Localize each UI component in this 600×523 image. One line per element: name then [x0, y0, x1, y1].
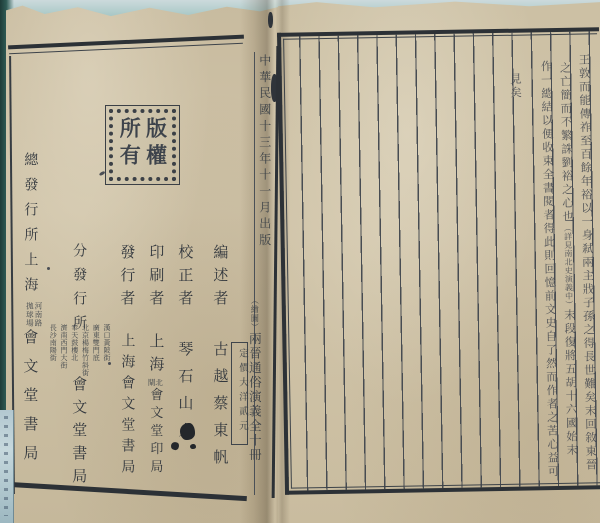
title-prefix: （繪圖）: [250, 296, 259, 332]
printer-name: 會文堂印局: [148, 388, 163, 478]
colophon-publisher: 發行者上海會文堂書局: [117, 244, 135, 504]
spine-label-text-marks: [4, 416, 8, 516]
colophon-printer: 印刷者上海閘北會文堂印局: [146, 244, 164, 504]
paper-speck: [108, 362, 111, 365]
colophon-compiler: 編述者古越蔡東帆: [210, 244, 228, 504]
title-main: 兩晉通俗演義: [247, 332, 261, 419]
gutter-ink-mark: [268, 12, 273, 28]
printer-place: 上海: [147, 333, 163, 379]
ink-blot: [180, 423, 195, 440]
colophon-proofreader: 校正者琴石山人: [175, 244, 193, 504]
title-edition: 全十冊: [247, 419, 261, 463]
compiler-name: 古越蔡東帆: [211, 341, 227, 476]
paper-speck: [47, 267, 50, 270]
general-office-column: 總發行所上海河南路拋球場會文堂書局: [20, 152, 42, 492]
printer-place-note: 閘北: [146, 379, 164, 388]
branch-address: 長沙南陽街: [49, 324, 58, 410]
branch-offices-name: 會文堂書局: [69, 376, 86, 506]
branch-address: 廣東雙門底: [92, 324, 101, 410]
general-office-address: 河南路拋球場: [25, 302, 42, 329]
publisher-name: 上海會文堂書局: [119, 333, 134, 480]
publisher-role: 發行者: [118, 244, 134, 313]
handwritten-note: （詳見南北史演義中）: [563, 224, 573, 309]
general-office-place: 上海: [22, 252, 37, 302]
stamp-text: 版權所有: [116, 117, 169, 173]
publication-date: 中華民國十三年十一月出版: [257, 54, 271, 264]
general-office-role: 總發行所: [22, 152, 37, 252]
photo-open-book: 中華民國十三年十一月出版 版權所有 （繪圖）兩晉通俗演義全十冊 定價大洋貳元 編…: [0, 0, 600, 523]
handwritten-column-4: 見矣: [504, 73, 529, 508]
branch-address: 漢口黃陂街: [102, 324, 111, 410]
ruled-page-frame: 王敦而能傳祚至百餘年裕以一身弒兩主戕子孫之得長世難矣末回敘東晉 之亡簡而不繁誅劉…: [277, 27, 600, 495]
spine-label: [0, 410, 14, 523]
stamp-border-pattern: 版權所有: [109, 109, 176, 181]
handwritten-text: 末段復將五胡十六國始末: [563, 309, 578, 458]
proofreader-role: 校正者: [176, 244, 192, 313]
price-box: 定價大洋貳元: [231, 342, 248, 445]
book-title: （繪圖）兩晉通俗演義全十冊: [247, 296, 261, 466]
printer-role: 印刷者: [147, 244, 163, 313]
copyright-stamp: 版權所有: [105, 105, 180, 185]
handwritten-text: 之亡簡而不繁誅劉裕之心也: [559, 62, 574, 224]
compiler-role: 編述者: [211, 244, 227, 313]
general-office-name: 會文堂書局: [21, 329, 37, 474]
ink-blot: [190, 444, 196, 449]
branch-address: 濟南西門大街: [59, 324, 68, 410]
